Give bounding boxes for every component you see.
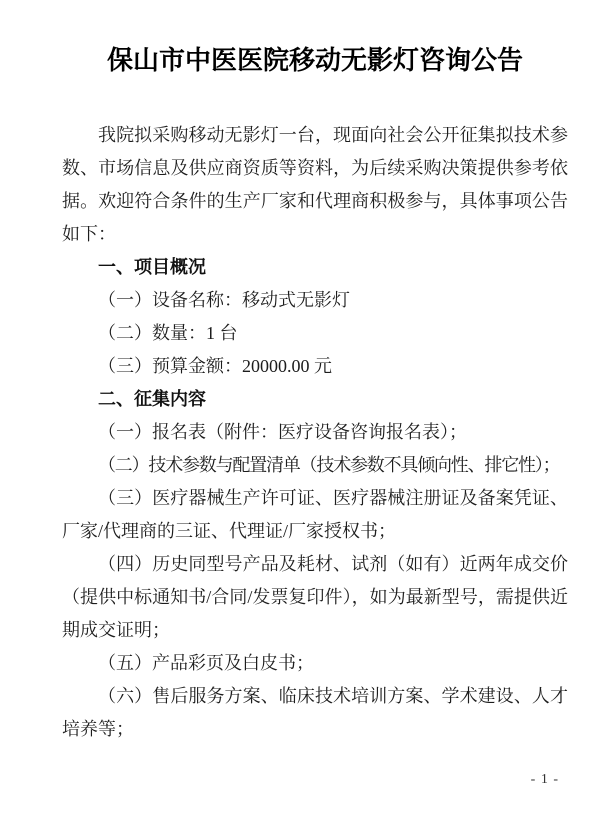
page-number: - 1 - — [531, 771, 559, 789]
list-item: （二）数量：1 台 — [62, 317, 568, 350]
list-item: （一）报名表（附件：医疗设备咨询报名表）； — [62, 416, 568, 449]
intro-paragraph: 我院拟采购移动无影灯一台，现面向社会公开征集拟技术参数、市场信息及供应商资质等资… — [62, 119, 568, 251]
document-body: 保山市中医医院移动无影灯咨询公告 我院拟采购移动无影灯一台，现面向社会公开征集拟… — [62, 45, 568, 746]
page-title: 保山市中医医院移动无影灯咨询公告 — [62, 45, 568, 77]
list-item: （五）产品彩页及白皮书； — [62, 647, 568, 680]
list-item: （三）医疗器械生产许可证、医疗器械注册证及备案凭证、厂家/代理商的三证、代理证/… — [62, 482, 568, 548]
list-item: （四）历史同型号产品及耗材、试剂（如有）近两年成交价（提供中标通知书/合同/发票… — [62, 548, 568, 647]
list-item: （一）设备名称：移动式无影灯 — [62, 284, 568, 317]
section-1-heading: 一、项目概况 — [62, 251, 568, 284]
list-item: （三）预算金额：20000.00 元 — [62, 350, 568, 383]
document-page: { "document": { "title": "保山市中医医院移动无影灯咨询… — [0, 0, 612, 840]
section-2-heading: 二、征集内容 — [62, 383, 568, 416]
list-item: （二）技术参数与配置清单（技术参数不具倾向性、排它性）； — [62, 449, 568, 482]
list-item: （六）售后服务方案、临床技术培训方案、学术建设、人才培养等； — [62, 680, 568, 746]
